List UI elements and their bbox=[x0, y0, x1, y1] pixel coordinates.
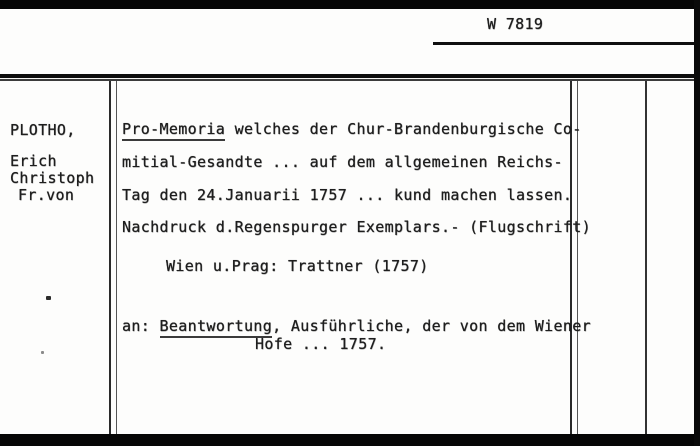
title-line-2: mitial-Gesandte ... auf dem allgemeinen … bbox=[122, 154, 563, 170]
reference-line-1-rest: , Ausführliche, der von dem Wiener bbox=[272, 317, 591, 335]
author-surname: PLOTHO, bbox=[10, 122, 76, 138]
reference-prefix: an: bbox=[122, 317, 160, 335]
author-given-name-line1: Erich bbox=[10, 153, 57, 169]
title-line-4: Nachdruck d.Regenspurger Exemplars.- (Fl… bbox=[122, 219, 591, 235]
card-top-rule bbox=[0, 74, 700, 81]
column-divider-author bbox=[109, 81, 117, 434]
ink-speck bbox=[46, 296, 51, 300]
title-line-1-rest: welches der Chur-Brandenburgische Co- bbox=[225, 120, 581, 138]
shelfmark-label: W 7819 bbox=[487, 16, 543, 32]
imprint-line: Wien u.Prag: Trattner (1757) bbox=[166, 258, 429, 274]
scan-edge-bottom bbox=[0, 434, 700, 446]
author-given-name-line2: Christoph bbox=[10, 170, 94, 186]
reference-line-2: Hofe ... 1757. bbox=[255, 336, 386, 352]
scan-edge-top bbox=[0, 0, 700, 9]
title-keyword-underlined: Pro-Memoria bbox=[122, 120, 225, 141]
reference-line-1: an: Beantwortung, Ausführliche, der von … bbox=[122, 318, 591, 334]
title-line-3: Tag den 24.Januarii 1757 ... kund machen… bbox=[122, 187, 572, 203]
scan-edge-right bbox=[694, 0, 700, 446]
ink-speck bbox=[41, 351, 44, 354]
author-given-name-line3: Fr.von bbox=[18, 187, 74, 203]
title-line-1: Pro-Memoria welches der Chur-Brandenburg… bbox=[122, 121, 582, 137]
column-divider-right-outer bbox=[645, 81, 647, 434]
shelfmark-underline-rule bbox=[433, 42, 700, 45]
catalog-card-scan: W 7819 PLOTHO, Erich Christoph Fr.von Pr… bbox=[0, 0, 700, 446]
